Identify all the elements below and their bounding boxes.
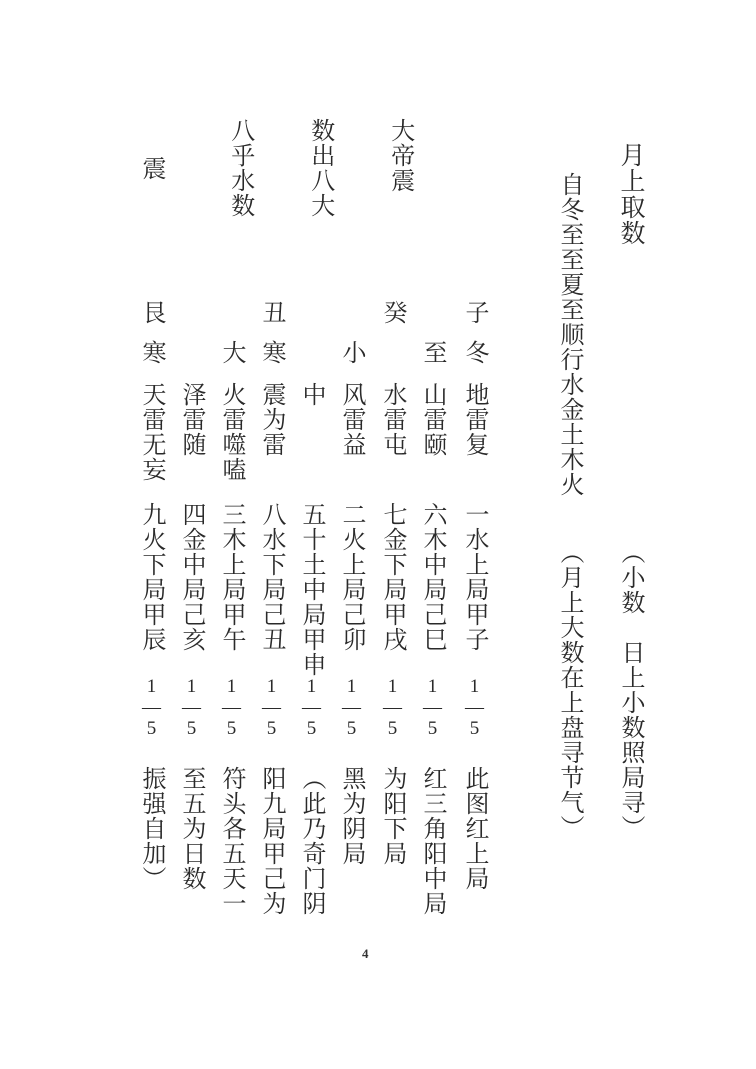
solar-term-char: 至: [421, 340, 445, 365]
hexagram-name: 天雷无妄: [140, 382, 164, 482]
side-note: 此图红上局: [463, 766, 487, 891]
branch-label: 艮: [140, 300, 164, 325]
solar-term-char: 大: [220, 340, 244, 365]
side-note: （此乃奇门阴: [300, 766, 324, 916]
solar-term-char: 寒: [260, 340, 284, 365]
verse-line-1: 大帝震: [380, 118, 421, 193]
branch-label: 丑: [260, 300, 284, 325]
ju-number: 一水上局甲子: [463, 502, 487, 652]
ju-number: 六木中局己巳: [421, 502, 445, 652]
ju-number: 三木上局甲午: [220, 502, 244, 652]
side-note: 振强自加）: [140, 766, 164, 891]
verse-line-3: 八乎水数: [220, 118, 261, 218]
branch-label: 子: [463, 300, 487, 325]
ju-number: 五十土中局甲申: [300, 502, 324, 677]
hexagram-name: 风雷益: [340, 382, 364, 457]
hexagram-name: 泽雷随: [180, 382, 204, 457]
hexagram-name: 火雷噬嗑: [220, 382, 244, 482]
side-note: 为阳下局: [381, 766, 405, 866]
side-note: 红三角阳中局: [421, 766, 445, 916]
verse-line-2: 数出八大: [300, 118, 341, 218]
day-range: 1—5: [342, 676, 361, 739]
day-range: 1—5: [222, 676, 241, 739]
section-title: 月上取数: [619, 142, 644, 246]
side-note: 符头各五天一: [220, 766, 244, 916]
day-range: 1—5: [302, 676, 321, 739]
ju-number: 八水下局己丑: [260, 502, 284, 652]
ju-number: 四金中局己亥: [180, 502, 204, 652]
day-range: 1—5: [182, 676, 201, 739]
hexagram-name: 山雷颐: [421, 382, 445, 457]
verse-line-4: 震: [140, 156, 164, 181]
side-note: 黑为阴局: [340, 766, 364, 866]
note-small-number: （小数 日上小数照局寻）: [619, 540, 643, 840]
day-range: 1—5: [142, 676, 161, 739]
day-range: 1—5: [383, 676, 402, 739]
ju-number: 九火下局甲辰: [140, 502, 164, 652]
solar-term-char: 冬: [463, 340, 487, 365]
hexagram-name: 水雷屯: [381, 382, 405, 457]
day-range: 1—5: [465, 676, 484, 739]
side-note: 阳九局甲己为: [260, 766, 284, 916]
hexagram-name: 中: [300, 382, 324, 407]
hexagram-name: 震为雷: [260, 382, 284, 457]
solar-term-char: 小: [340, 340, 364, 365]
hexagram-name: 地雷复: [463, 382, 487, 457]
day-range: 1—5: [423, 676, 442, 739]
day-range: 1—5: [262, 676, 281, 739]
page-number: 4: [362, 946, 369, 962]
principle-line: 自冬至至夏至顺行水金土木火: [558, 172, 582, 497]
ju-number: 七金下局甲戌: [381, 502, 405, 652]
ju-number: 二火上局己卯: [340, 502, 364, 652]
solar-term-char: 寒: [140, 340, 164, 365]
side-note: 至五为日数: [180, 766, 204, 891]
note-large-number: （月上大数在上盘寻节气）: [558, 540, 582, 840]
branch-label: 癸: [381, 300, 405, 325]
